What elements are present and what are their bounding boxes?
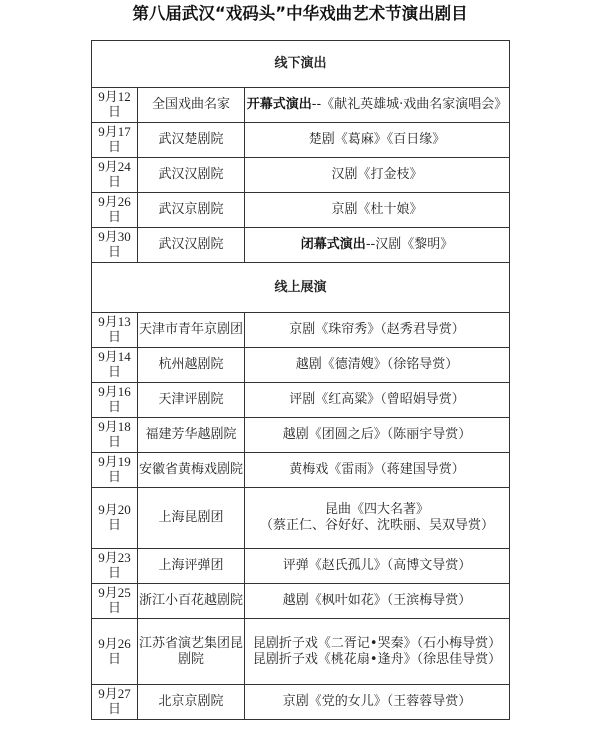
program-text: --《献礼英雄城·戏曲名家演唱会》 bbox=[312, 97, 508, 112]
date-day-suffix: 日 bbox=[92, 105, 137, 121]
table-row: 9月25 日 浙江小百花越剧院 越剧《枫叶如花》（王滨梅导赏） bbox=[92, 584, 510, 619]
date-day-suffix: 日 bbox=[92, 365, 137, 381]
venue-cell: 武汉汉剧院 bbox=[138, 228, 245, 263]
venue-cell: 武汉汉剧院 bbox=[138, 158, 245, 193]
date-cell: 9月13 日 bbox=[92, 313, 138, 348]
venue-cell: 全国戏曲名家 bbox=[138, 88, 245, 123]
program-cell: 越剧《枫叶如花》（王滨梅导赏） bbox=[245, 584, 510, 619]
date-day-suffix: 日 bbox=[92, 210, 137, 226]
section-header-row: 线下演出 bbox=[92, 41, 510, 88]
date-day-suffix: 日 bbox=[92, 175, 137, 191]
venue-cell: 浙江小百花越剧院 bbox=[138, 584, 245, 619]
program-guides: （蔡正仁、谷好好、沈昳丽、吴双导赏） bbox=[245, 518, 509, 534]
date-cell: 9月14 日 bbox=[92, 348, 138, 383]
date-cell: 9月17 日 bbox=[92, 123, 138, 158]
program-cell: 开幕式演出--《献礼英雄城·戏曲名家演唱会》 bbox=[245, 88, 510, 123]
date-day-suffix: 日 bbox=[92, 702, 137, 718]
table-row: 9月16 日 天津评剧院 评剧《红高粱》（曾昭娟导赏） bbox=[92, 383, 510, 418]
venue-cell: 江苏省演艺集团昆剧院 bbox=[138, 619, 245, 685]
date-month-day: 9月14 bbox=[92, 349, 137, 365]
table-row: 9月26 日 江苏省演艺集团昆剧院 昆剧折子戏《二胥记•哭秦》（石小梅导赏） 昆… bbox=[92, 619, 510, 685]
program-cell: 闭幕式演出--汉剧《黎明》 bbox=[245, 228, 510, 263]
section-header-row: 线上展演 bbox=[92, 263, 510, 313]
section-heading-offline: 线下演出 bbox=[92, 41, 510, 88]
venue-cell: 安徽省黄梅戏剧院 bbox=[138, 453, 245, 488]
venue-cell: 上海昆剧团 bbox=[138, 488, 245, 549]
date-month-day: 9月19 bbox=[92, 454, 137, 470]
date-cell: 9月26 日 bbox=[92, 619, 138, 685]
table-row: 9月13 日 天津市青年京剧团 京剧《珠帘秀》（赵秀君导赏） bbox=[92, 313, 510, 348]
program-cell: 黄梅戏《雷雨》（蒋建国导赏） bbox=[245, 453, 510, 488]
date-month-day: 9月25 bbox=[92, 585, 137, 601]
date-cell: 9月20 日 bbox=[92, 488, 138, 549]
venue-cell: 武汉楚剧院 bbox=[138, 123, 245, 158]
program-cell: 评弹《赵氏孤儿》（高博文导赏） bbox=[245, 549, 510, 584]
date-cell: 9月12 日 bbox=[92, 88, 138, 123]
table-row: 9月14 日 杭州越剧院 越剧《德清嫂》（徐铭导赏） bbox=[92, 348, 510, 383]
program-cell: 京剧《珠帘秀》（赵秀君导赏） bbox=[245, 313, 510, 348]
program-cell: 京剧《杜十娘》 bbox=[245, 193, 510, 228]
table-row: 9月23 日 上海评弹团 评弹《赵氏孤儿》（高博文导赏） bbox=[92, 549, 510, 584]
date-month-day: 9月30 bbox=[92, 229, 137, 245]
table-row: 9月26 日 武汉京剧院 京剧《杜十娘》 bbox=[92, 193, 510, 228]
date-cell: 9月18 日 bbox=[92, 418, 138, 453]
date-month-day: 9月12 bbox=[92, 89, 137, 105]
date-cell: 9月25 日 bbox=[92, 584, 138, 619]
venue-cell: 天津评剧院 bbox=[138, 383, 245, 418]
date-day-suffix: 日 bbox=[92, 245, 137, 261]
date-day-suffix: 日 bbox=[92, 330, 137, 346]
date-month-day: 9月26 bbox=[92, 636, 137, 652]
program-cell: 越剧《德清嫂》（徐铭导赏） bbox=[245, 348, 510, 383]
table-row: 9月20 日 上海昆剧团 昆曲《四大名著》 （蔡正仁、谷好好、沈昳丽、吴双导赏） bbox=[92, 488, 510, 549]
program-cell: 楚剧《葛麻》《百日缘》 bbox=[245, 123, 510, 158]
program-text: --汉剧《黎明》 bbox=[366, 237, 453, 252]
table-row: 9月18 日 福建芳华越剧院 越剧《团圆之后》（陈丽宇导赏） bbox=[92, 418, 510, 453]
venue-cell: 武汉京剧院 bbox=[138, 193, 245, 228]
table-row: 9月12 日 全国戏曲名家 开幕式演出--《献礼英雄城·戏曲名家演唱会》 bbox=[92, 88, 510, 123]
program-text: 昆曲《四大名著》 bbox=[245, 502, 509, 518]
venue-cell: 福建芳华越剧院 bbox=[138, 418, 245, 453]
table-row: 9月27 日 北京京剧院 京剧《党的女儿》（王蓉蓉导赏） bbox=[92, 685, 510, 720]
date-cell: 9月24 日 bbox=[92, 158, 138, 193]
program-cell: 评剧《红高粱》（曾昭娟导赏） bbox=[245, 383, 510, 418]
date-cell: 9月27 日 bbox=[92, 685, 138, 720]
document-title: 第八届武汉“戏码头”中华戏曲艺术节演出剧目 bbox=[0, 2, 600, 26]
date-month-day: 9月23 bbox=[92, 550, 137, 566]
date-month-day: 9月24 bbox=[92, 159, 137, 175]
venue-cell: 上海评弹团 bbox=[138, 549, 245, 584]
table-row: 9月19 日 安徽省黄梅戏剧院 黄梅戏《雷雨》（蒋建国导赏） bbox=[92, 453, 510, 488]
venue-cell: 北京京剧院 bbox=[138, 685, 245, 720]
date-month-day: 9月26 bbox=[92, 194, 137, 210]
date-cell: 9月26 日 bbox=[92, 193, 138, 228]
date-month-day: 9月20 bbox=[92, 502, 137, 518]
date-month-day: 9月16 bbox=[92, 384, 137, 400]
venue-cell: 杭州越剧院 bbox=[138, 348, 245, 383]
program-cell: 汉剧《打金枝》 bbox=[245, 158, 510, 193]
date-cell: 9月19 日 bbox=[92, 453, 138, 488]
table-row: 9月17 日 武汉楚剧院 楚剧《葛麻》《百日缘》 bbox=[92, 123, 510, 158]
date-day-suffix: 日 bbox=[92, 652, 137, 668]
venue-cell: 天津市青年京剧团 bbox=[138, 313, 245, 348]
date-day-suffix: 日 bbox=[92, 518, 137, 534]
date-month-day: 9月17 bbox=[92, 124, 137, 140]
date-day-suffix: 日 bbox=[92, 601, 137, 617]
section-heading-online: 线上展演 bbox=[92, 263, 510, 313]
date-cell: 9月30 日 bbox=[92, 228, 138, 263]
program-text-2: 昆剧折子戏《桃花扇•逢舟》（徐思佳导赏） bbox=[245, 652, 509, 668]
table-row: 9月24 日 武汉汉剧院 汉剧《打金枝》 bbox=[92, 158, 510, 193]
program-text: 昆剧折子戏《二胥记•哭秦》（石小梅导赏） bbox=[245, 636, 509, 652]
date-day-suffix: 日 bbox=[92, 470, 137, 486]
table-row: 9月30 日 武汉汉剧院 闭幕式演出--汉剧《黎明》 bbox=[92, 228, 510, 263]
date-day-suffix: 日 bbox=[92, 566, 137, 582]
date-day-suffix: 日 bbox=[92, 140, 137, 156]
program-cell: 昆曲《四大名著》 （蔡正仁、谷好好、沈昳丽、吴双导赏） bbox=[245, 488, 510, 549]
date-day-suffix: 日 bbox=[92, 400, 137, 416]
program-cell: 京剧《党的女儿》（王蓉蓉导赏） bbox=[245, 685, 510, 720]
program-highlight: 开幕式演出 bbox=[247, 97, 312, 112]
date-day-suffix: 日 bbox=[92, 435, 137, 451]
date-month-day: 9月27 bbox=[92, 686, 137, 702]
program-highlight: 闭幕式演出 bbox=[301, 237, 366, 252]
date-month-day: 9月18 bbox=[92, 419, 137, 435]
program-cell: 越剧《团圆之后》（陈丽宇导赏） bbox=[245, 418, 510, 453]
date-cell: 9月16 日 bbox=[92, 383, 138, 418]
schedule-table: 线下演出 9月12 日 全国戏曲名家 开幕式演出--《献礼英雄城·戏曲名家演唱会… bbox=[91, 40, 510, 720]
date-cell: 9月23 日 bbox=[92, 549, 138, 584]
program-cell: 昆剧折子戏《二胥记•哭秦》（石小梅导赏） 昆剧折子戏《桃花扇•逢舟》（徐思佳导赏… bbox=[245, 619, 510, 685]
date-month-day: 9月13 bbox=[92, 314, 137, 330]
